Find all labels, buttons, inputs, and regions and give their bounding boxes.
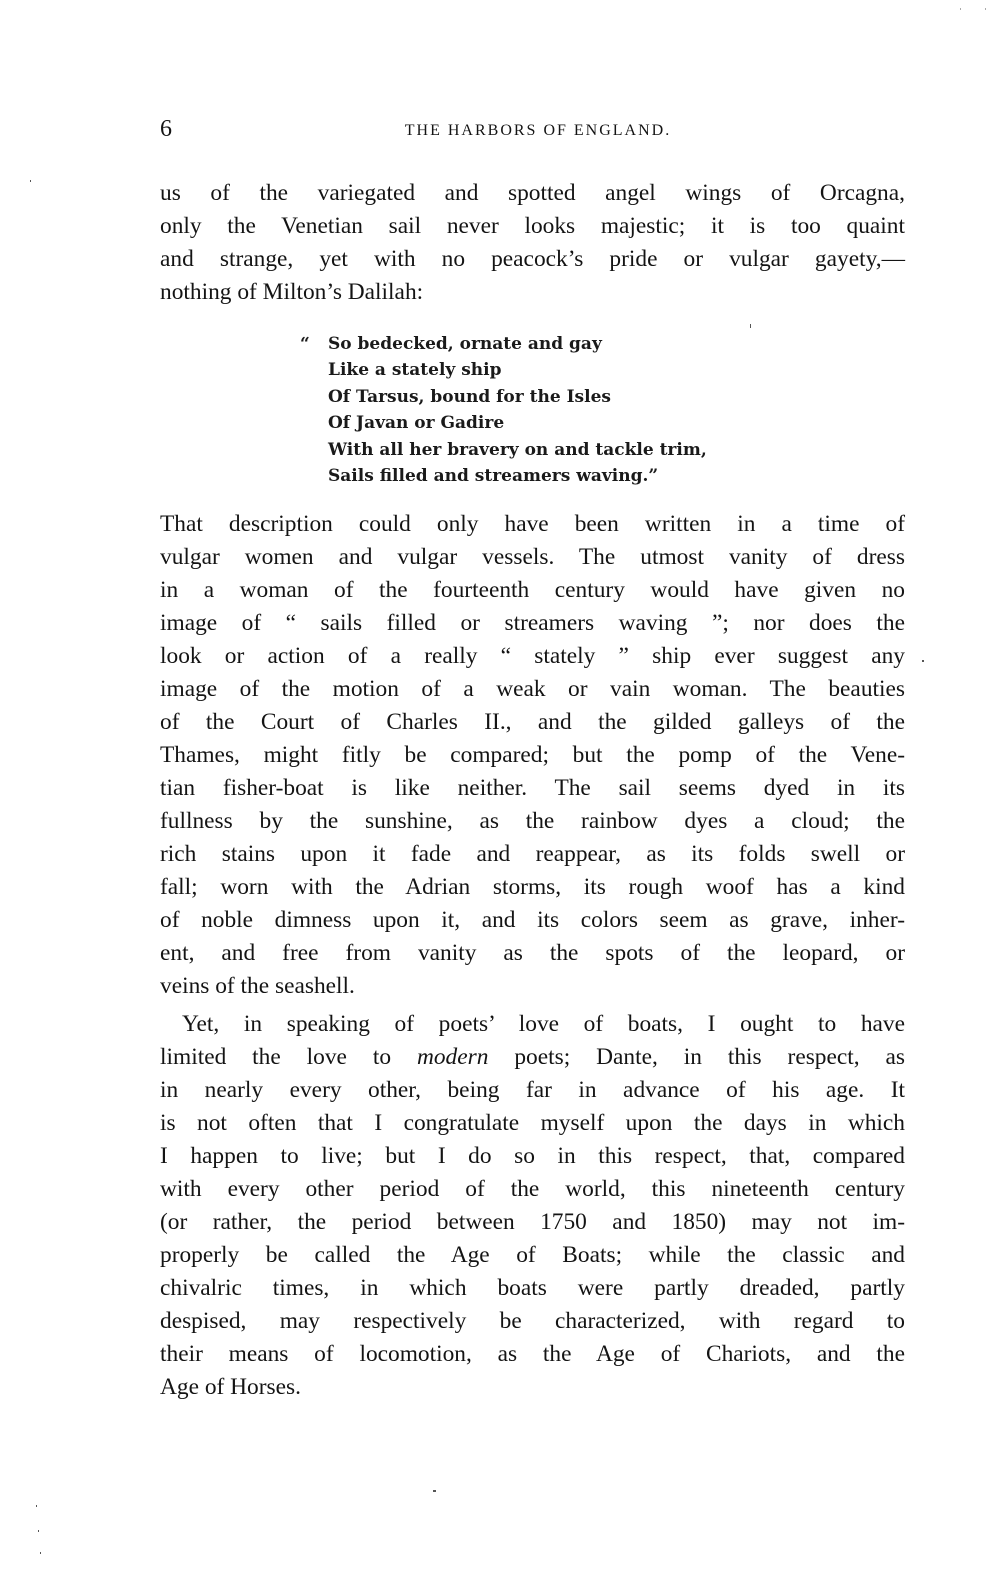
text-line: look or action of a really “ stately ” s… [160, 640, 905, 673]
paragraph: Yet, in speaking of poets’ love of boats… [160, 1008, 905, 1404]
text-line: nothing of Milton’s Dalilah: [160, 276, 905, 309]
verse-line-text: So bedecked, ornate and gay [328, 334, 602, 354]
text-line: only the Venetian sail never looks majes… [160, 210, 905, 243]
scan-artifact [433, 1490, 436, 1492]
scan-artifact [960, 8, 961, 10]
scan-artifact [30, 180, 31, 182]
text-run: limited the love to [160, 1044, 417, 1070]
scan-artifact [985, 8, 986, 10]
text-line: fall; worn with the Adrian storms, its r… [160, 871, 905, 904]
paragraph-continuation: us of the variegated and spotted angel w… [160, 177, 905, 309]
text-line: of noble dimness upon it, and its colors… [160, 904, 905, 937]
text-line: image of the motion of a weak or vain wo… [160, 673, 905, 706]
italic-emphasis: modern [417, 1044, 488, 1070]
text-line: limited the love to modern poets; Dante,… [160, 1041, 905, 1074]
text-line: ent, and free from vanity as the spots o… [160, 937, 905, 970]
scan-artifact [36, 1505, 37, 1507]
verse-line: “So bedecked, ornate and gay [300, 331, 707, 357]
text-line: in nearly every other, being far in adva… [160, 1074, 905, 1107]
text-line: despised, may respectively be characteri… [160, 1305, 905, 1338]
text-line: properly be called the Age of Boats; whi… [160, 1239, 905, 1272]
text-line: (or rather, the period between 1750 and … [160, 1206, 905, 1239]
text-line: in a woman of the fourteenth century wou… [160, 574, 905, 607]
verse-quotation: “So bedecked, ornate and gay Like a stat… [300, 331, 707, 489]
text-line: chivalric times, in which boats were par… [160, 1272, 905, 1305]
text-run: poets; Dante, in this respect, as [488, 1044, 905, 1070]
scan-artifact [750, 324, 751, 328]
scan-artifact [40, 1552, 41, 1554]
open-quote: “ [300, 331, 328, 357]
paragraph: That description could only have been wr… [160, 508, 905, 1003]
verse-line: Of Tarsus, bound for the Isles [300, 384, 707, 410]
scan-artifact [922, 660, 924, 662]
verse-line: With all her bravery on and tackle trim, [300, 437, 707, 463]
text-line: their means of locomotion, as the Age of… [160, 1338, 905, 1371]
book-page: 6 THE HARBORS OF ENGLAND. us of the vari… [0, 0, 1000, 1575]
verse-line: Like a stately ship [300, 357, 707, 383]
verse-line: Of Javan or Gadire [300, 410, 707, 436]
text-line: fullness by the sunshine, as the rainbow… [160, 805, 905, 838]
verse-line: Sails filled and streamers waving.” [300, 463, 707, 489]
text-line: Age of Horses. [160, 1371, 905, 1404]
text-line: is not often that I congratulate myself … [160, 1107, 905, 1140]
text-line: That description could only have been wr… [160, 508, 905, 541]
text-line: image of “ sails filled or streamers wav… [160, 607, 905, 640]
text-line: and strange, yet with no peacock’s pride… [160, 243, 905, 276]
text-line: of the Court of Charles II., and the gil… [160, 706, 905, 739]
running-title: THE HARBORS OF ENGLAND. [160, 118, 900, 144]
text-line: with every other period of the world, th… [160, 1173, 905, 1206]
text-line: vulgar women and vulgar vessels. The utm… [160, 541, 905, 574]
text-line: I happen to live; but I do so in this re… [160, 1140, 905, 1173]
text-line: tian fisher-boat is like neither. The sa… [160, 772, 905, 805]
text-line: Thames, might fitly be compared; but the… [160, 739, 905, 772]
scan-artifact [38, 1530, 39, 1532]
text-line: Yet, in speaking of poets’ love of boats… [160, 1008, 905, 1041]
text-line: rich stains upon it fade and reappear, a… [160, 838, 905, 871]
running-head: 6 THE HARBORS OF ENGLAND. [160, 114, 900, 144]
text-line: us of the variegated and spotted angel w… [160, 177, 905, 210]
text-line: veins of the seashell. [160, 970, 905, 1003]
